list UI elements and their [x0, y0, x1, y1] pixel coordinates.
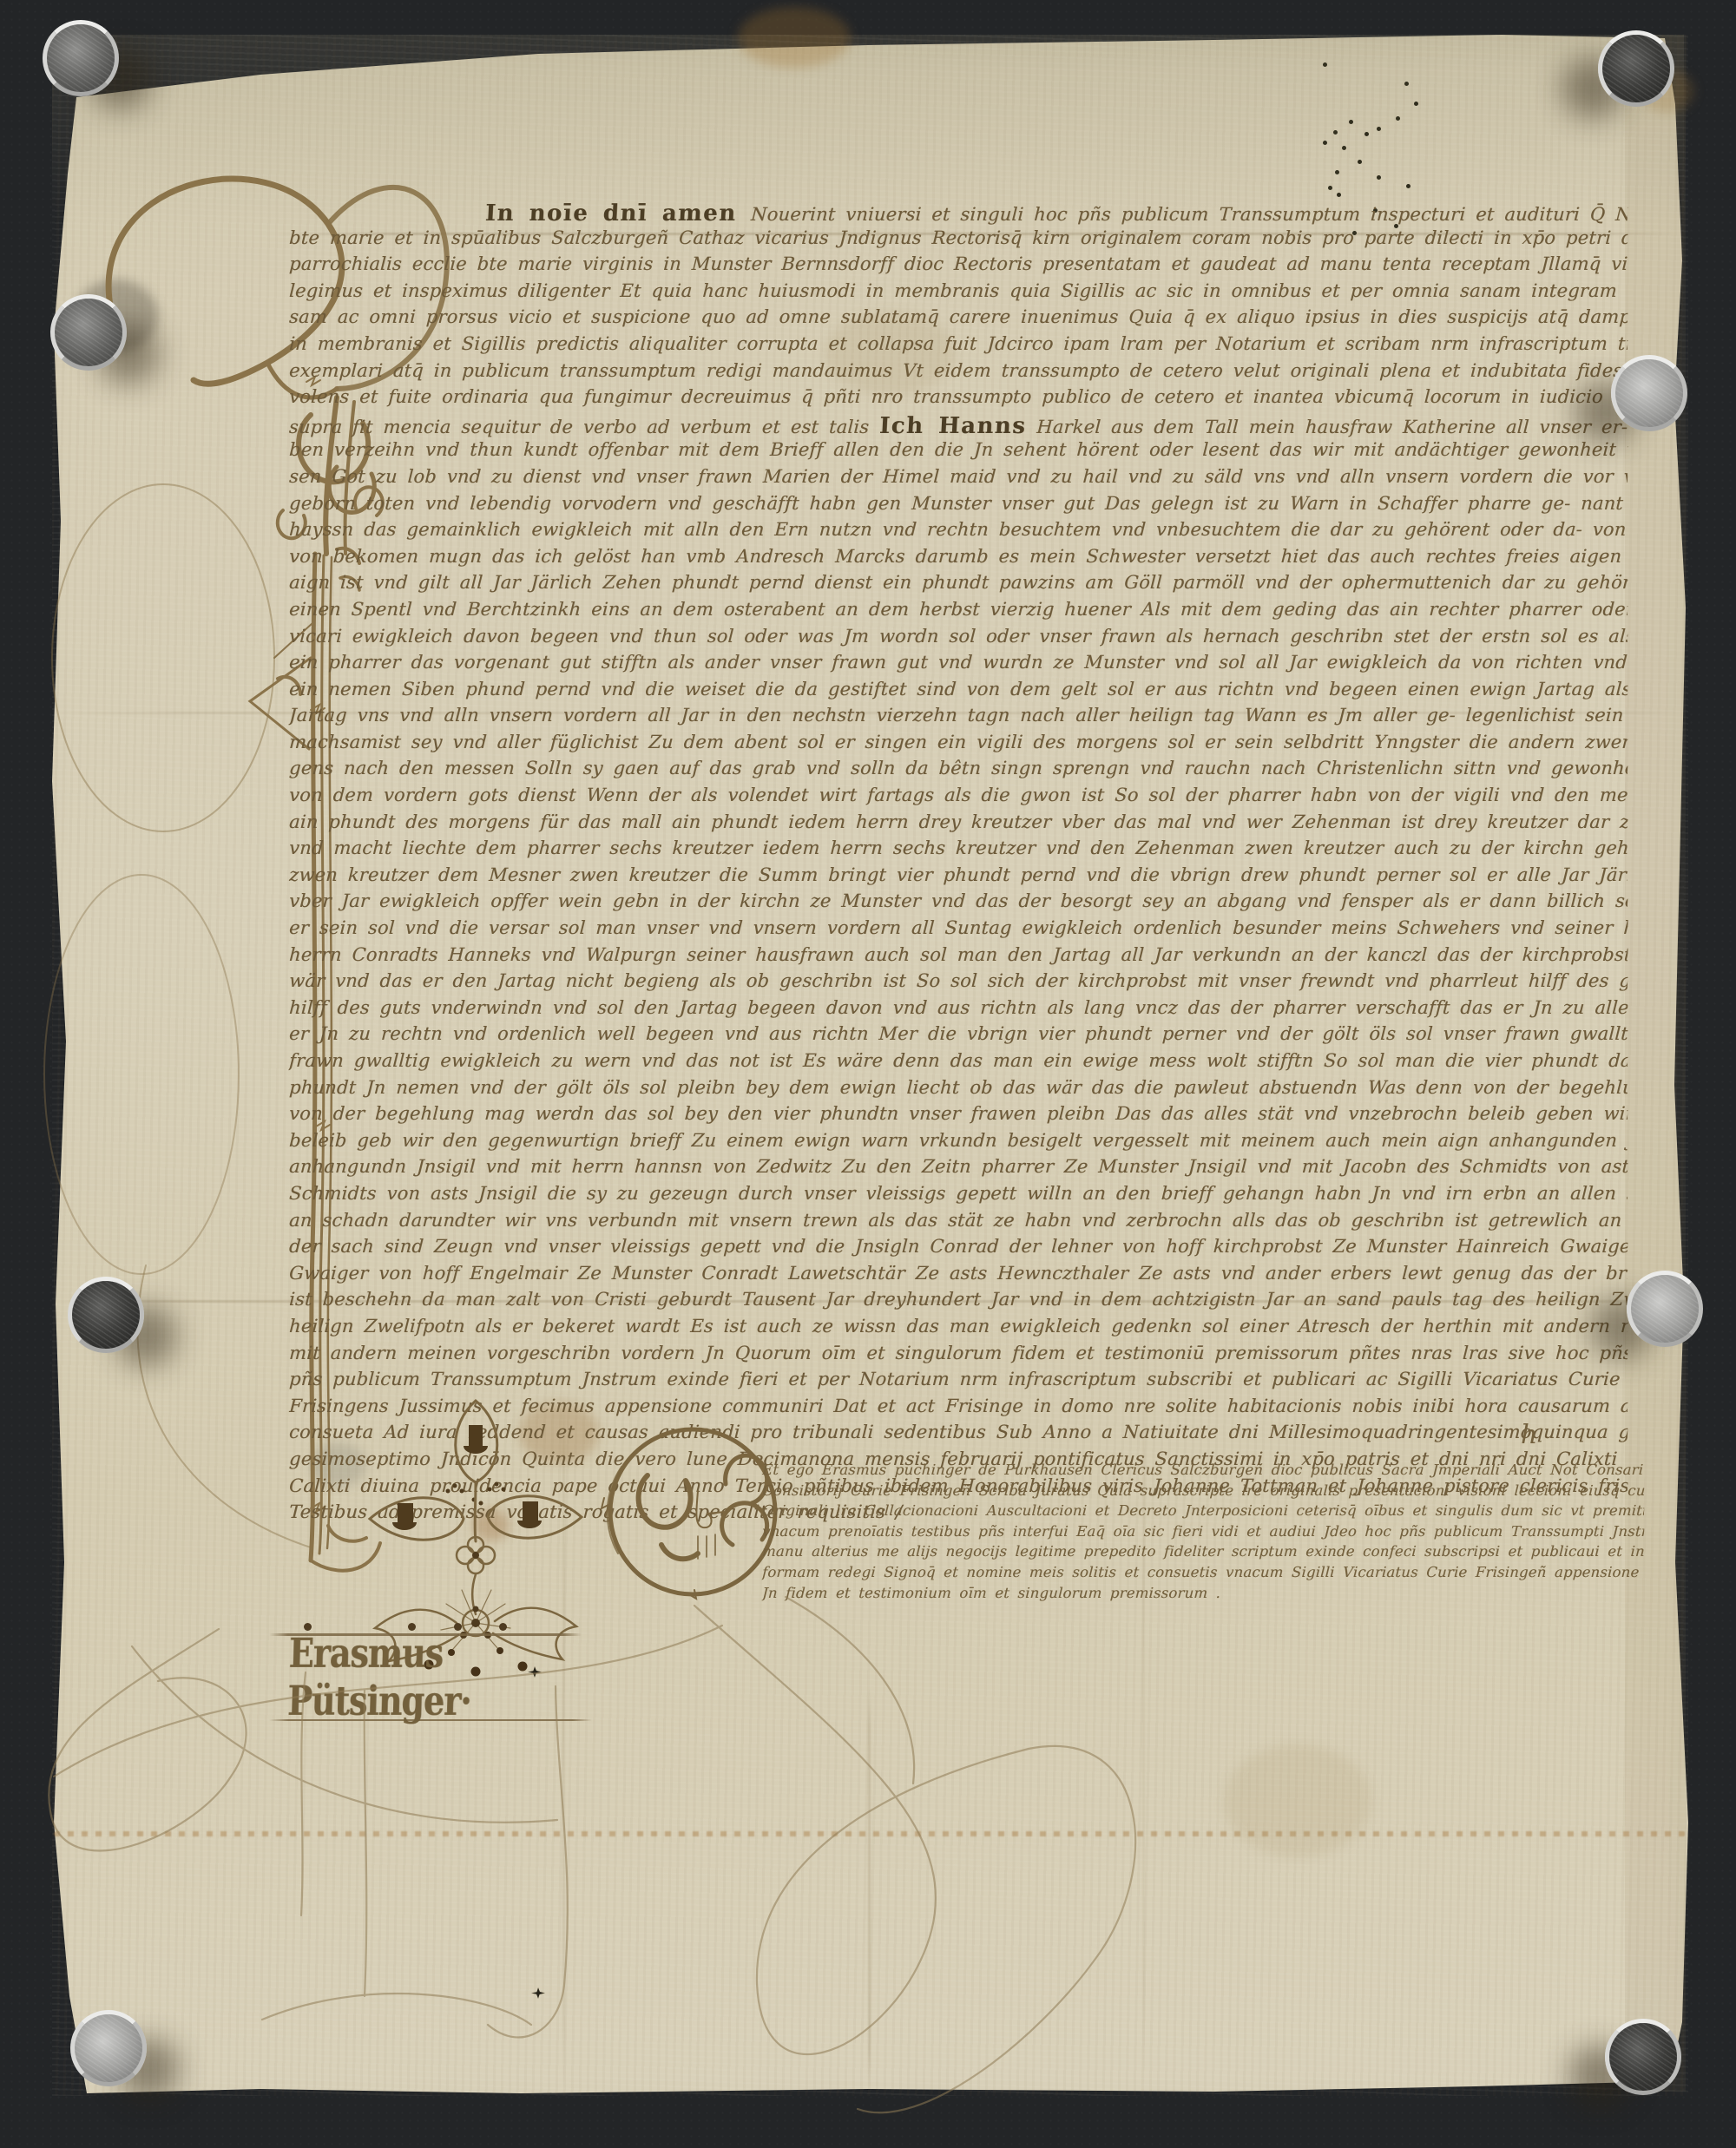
manuscript-line: volens et fuite ordinaria qua fungimur d…: [288, 386, 1628, 413]
manuscript-line: Gwaiger von hoff Engelmair Ze Munster Co…: [288, 1263, 1628, 1290]
photograph-of-charter: In noīe dnī amen Nouerint vniuersi et si…: [0, 0, 1736, 2148]
manuscript-line: supra fit mencia sequitur de verbo ad ve…: [288, 413, 1628, 440]
manuscript-line: In noīe dnī amen Nouerint vniuersi et si…: [288, 200, 1628, 227]
manuscript-line: mit andern meinen vorgeschribn vordern J…: [288, 1343, 1628, 1370]
push-pin-icon: [50, 294, 127, 371]
manuscript-line: ein pharrer das vorgenant gut stifftn al…: [288, 652, 1628, 679]
manuscript-line: einen Spentl vnd Berchtzinkh eins an dem…: [288, 599, 1628, 626]
manuscript-line: von der begehlung mag werdn das sol bey …: [288, 1103, 1628, 1130]
manuscript-line: anhangundn Jnsigil vnd mit herrn hannsn …: [288, 1156, 1628, 1183]
manuscript-line: ein nemen Siben phund pernd vnd die weis…: [288, 679, 1628, 706]
manuscript-line: vnd macht liechte dem pharrer sechs kreu…: [288, 838, 1628, 864]
manuscript-line: sen Got zu lob vnd zu dienst vnd vnser f…: [288, 466, 1628, 493]
push-pin-icon: [70, 2010, 147, 2086]
manuscript-line: Schmidts von asts Jnsigil die sy zu geze…: [288, 1183, 1628, 1210]
manuscript-line: gens nach den messen Solln sy gaen auf d…: [288, 758, 1628, 785]
push-pin-icon: [43, 20, 119, 96]
manuscript-line: von bekomen mugn das ich gelöst han vmb …: [288, 546, 1628, 573]
manuscript-line: zwen kreutzer dem Mesner zwen kreutzer d…: [288, 864, 1628, 891]
manuscript-line: exemplari atq̄ in publicum transsumptum …: [288, 360, 1628, 387]
manuscript-line: in membranis et Sigillis predictis aliqu…: [288, 333, 1628, 360]
manuscript-line: beleib geb wir den gegenwurtign brieff Z…: [288, 1130, 1628, 1157]
manuscript-line: aign ist vnd gilt all Jar Järlich Zehen …: [288, 572, 1628, 599]
manuscript-line: ben verzeihn vnd thun kundt offenbar mit…: [288, 439, 1628, 466]
manuscript-line: machsamist sey vnd aller füglichist Zu d…: [288, 732, 1628, 759]
manuscript-line: vber Jar ewigkleich opffer wein gebn in …: [288, 890, 1628, 917]
manuscript-line: an schadn darundter wir vns verbundn mit…: [288, 1210, 1628, 1237]
pen-flourishes: [0, 1384, 1736, 2148]
push-pin-icon: [1605, 2019, 1681, 2095]
manuscript-line: er sein sol vnd die versar sol man vnser…: [288, 917, 1628, 944]
manuscript-line: parrochialis ecclie bte marie virginis i…: [288, 253, 1628, 280]
manuscript-line: wär vnd das er den Jartag nicht begieng …: [288, 970, 1628, 997]
manuscript-line: herrn Conradts Hanneks vnd Walpurgn sein…: [288, 944, 1628, 971]
push-pin-icon: [1627, 1271, 1703, 1347]
push-pin-icon: [68, 1277, 144, 1353]
manuscript-line: von dem vordern gots dienst Wenn der als…: [288, 785, 1628, 811]
manuscript-line: hilff des guts vnderwindn vnd sol den Ja…: [288, 997, 1628, 1024]
manuscript-line: legimus et inspeximus diligenter Et quia…: [288, 280, 1628, 307]
manuscript-line: vicari ewigkleich davon begeen vnd thun …: [288, 626, 1628, 653]
manuscript-line: bte marie et in spūalibus Salczburgeñ Ca…: [288, 227, 1628, 254]
manuscript-line: der sach sind Zeugn vnd vnser vleissigs …: [288, 1236, 1628, 1263]
charter-body-text: In noīe dnī amen Nouerint vniuersi et si…: [289, 200, 1627, 1528]
manuscript-line: Jartag vns vnd alln vnsern vordern all J…: [288, 705, 1628, 732]
manuscript-line: ist beschehn da man zalt von Cristi gebu…: [288, 1289, 1628, 1316]
push-pin-icon: [1598, 30, 1674, 107]
manuscript-line: heilign Zwelifpotn als er bekeret wardt …: [288, 1316, 1628, 1343]
manuscript-line: geborn toten vnd lebendig vorvodern vnd …: [288, 493, 1628, 520]
manuscript-line: phundt Jn nemen vnd der gölt öls sol ple…: [288, 1077, 1628, 1104]
manuscript-line: er Jn zu rechtn vnd ordenlich well begee…: [288, 1023, 1628, 1050]
manuscript-line: sam ac omni prorsus vicio et suspicione …: [288, 306, 1628, 333]
manuscript-line: frawn gwalltig ewigkleich zu wern vnd da…: [288, 1050, 1628, 1077]
manuscript-line: hayssn das gemainklich ewigkleich mit al…: [288, 519, 1628, 546]
manuscript-line: ain phundt des morgens für das mall ain …: [288, 811, 1628, 838]
push-pin-icon: [1611, 355, 1687, 431]
